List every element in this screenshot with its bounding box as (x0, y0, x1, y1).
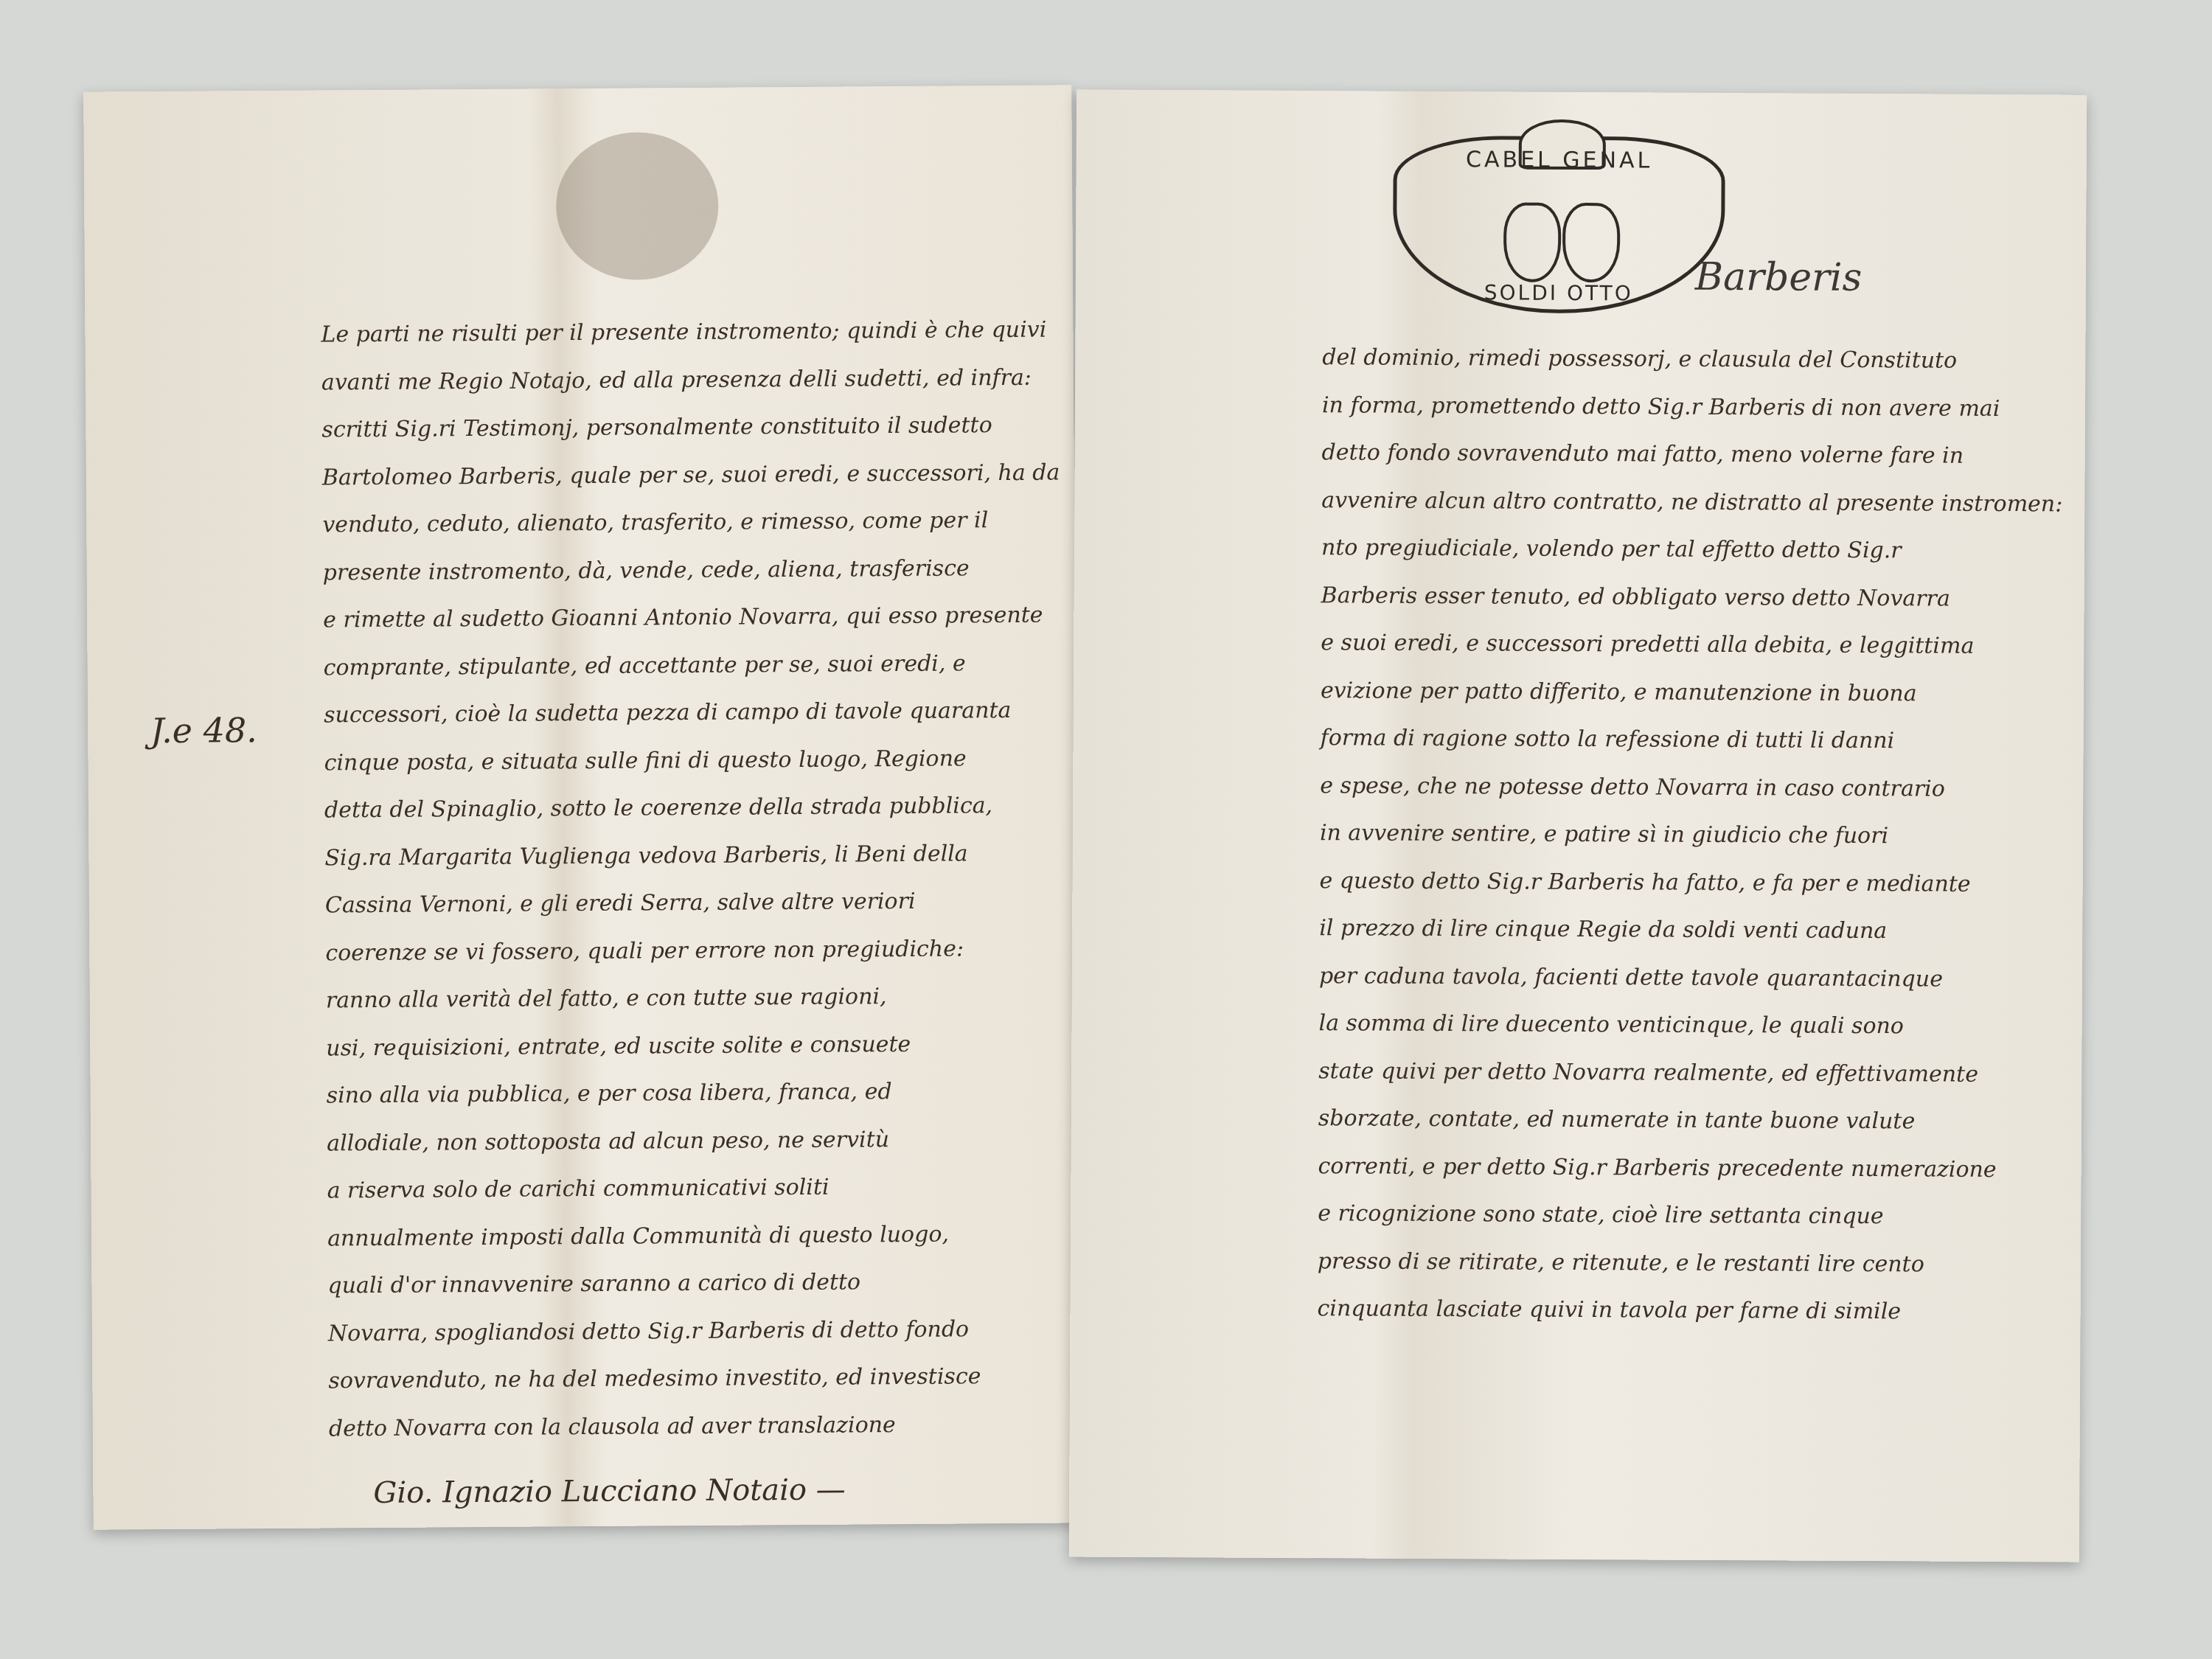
text-line: venduto, ceduto, alienato, trasferito, e… (322, 496, 1060, 549)
text-line: detto Novarra con la clausola ad aver tr… (329, 1400, 1067, 1453)
text-line: detta del Spinaglio, sotto le coerenze d… (324, 782, 1062, 834)
text-line: sborzate, contate, ed numerate in tante … (1318, 1095, 2059, 1147)
text-line: a riserva solo de carichi communicativi … (327, 1162, 1065, 1214)
text-line: comprante, stipulante, ed accettante per… (323, 639, 1061, 692)
shield-icon (1503, 202, 1562, 282)
text-line: successori, cioè la sudetta pezza di cam… (324, 686, 1062, 739)
text-line: in forma, promettendo detto Sig.r Barber… (1322, 382, 2063, 434)
text-line: in avvenire sentire, e patire sì in giud… (1320, 810, 2061, 861)
tax-stamp-seal: CABEL GENAL SOLDI OTTO (1393, 136, 1725, 314)
text-line: per caduna tavola, facienti dette tavole… (1319, 953, 2060, 1004)
text-line: allodiale, non sottoposta ad alcun peso,… (327, 1115, 1065, 1167)
margin-note: J.e 48. (150, 710, 257, 751)
text-line: annualmente imposti dalla Communità di q… (327, 1210, 1065, 1262)
text-line: evizione per patto differito, e manutenz… (1321, 667, 2062, 719)
text-line: del dominio, rimedi possessorj, e clausu… (1322, 334, 2063, 386)
seal-bottom-text: SOLDI OTTO (1397, 280, 1721, 306)
text-line: avvenire alcun altro contratto, ne distr… (1321, 477, 2062, 529)
text-line: Barberis esser tenuto, ed obbligato vers… (1321, 572, 2062, 624)
shield-icon (1562, 203, 1621, 282)
text-line: sovravenduto, ne ha del medesimo investi… (328, 1352, 1066, 1405)
text-line: e spese, che ne potesse detto Novarra in… (1320, 762, 2061, 814)
corner-signature: Barberis (1695, 255, 1863, 300)
text-line: e suoi eredi, e successori predetti alla… (1321, 619, 2062, 671)
text-line: presente instromento, dà, vende, cede, a… (323, 544, 1061, 597)
text-line: Sig.ra Margarita Vuglienga vedova Barber… (324, 829, 1062, 882)
text-line: cinque posta, e situata sulle fini di qu… (324, 734, 1062, 787)
left-page: J.e 48. Le parti ne risulti per il prese… (83, 85, 1082, 1529)
text-line: Cassina Vernoni, e gli eredi Serra, salv… (325, 877, 1063, 929)
text-line: quali d'or innavvenire saranno a carico … (327, 1257, 1065, 1310)
text-line: e ricognizione sono state, cioè lire set… (1318, 1190, 2059, 1242)
text-line: il prezzo di lire cinque Regie da soldi … (1319, 905, 2060, 956)
text-line: nto pregiudiciale, volendo per tal effet… (1321, 524, 2062, 576)
text-line: e questo detto Sig.r Barberis ha fatto, … (1319, 858, 2060, 909)
seal-top-text: CABEL GENAL (1397, 147, 1722, 174)
text-line: ranno alla verità del fatto, e con tutte… (326, 972, 1064, 1024)
right-page: CABEL GENAL SOLDI OTTO Barberis del domi… (1069, 89, 2087, 1562)
text-line: correnti, e per detto Sig.r Barberis pre… (1318, 1143, 2059, 1194)
text-line: cinquanta lasciate quivi in tavola per f… (1317, 1285, 2058, 1337)
text-line: Bartolomeo Barberis, quale per se, suoi … (322, 449, 1060, 501)
notary-signature: Gio. Ignazio Lucciano Notaio — (373, 1473, 845, 1510)
text-line: scritti Sig.ri Testimonj, personalmente … (321, 401, 1060, 453)
ink-stain (556, 132, 719, 281)
text-line: avanti me Regio Notajo, ed alla presenza… (321, 354, 1060, 406)
text-line: coerenze se vi fossero, quali per errore… (325, 925, 1063, 977)
text-line: presso di se ritirate, e ritenute, e le … (1318, 1238, 2059, 1290)
text-line: e rimette al sudetto Gioanni Antonio Nov… (323, 591, 1061, 644)
text-line: Novarra, spogliandosi detto Sig.r Barber… (328, 1305, 1066, 1357)
right-page-text: del dominio, rimedi possessorj, e clausu… (1317, 334, 2063, 1337)
text-line: detto fondo sovravenduto mai fatto, meno… (1321, 429, 2062, 481)
text-line: state quivi per detto Novarra realmente,… (1318, 1048, 2059, 1099)
text-line: forma di ragione sotto la refessione di … (1320, 714, 2061, 766)
text-line: sino alla via pubblica, e per cosa liber… (327, 1067, 1065, 1119)
text-line: la somma di lire duecento venticinque, l… (1318, 1000, 2059, 1051)
text-line: Le parti ne risulti per il presente inst… (321, 306, 1059, 358)
text-line: usi, requisizioni, entrate, ed uscite so… (326, 1020, 1064, 1072)
left-page-text: Le parti ne risulti per il presente inst… (321, 306, 1066, 1453)
